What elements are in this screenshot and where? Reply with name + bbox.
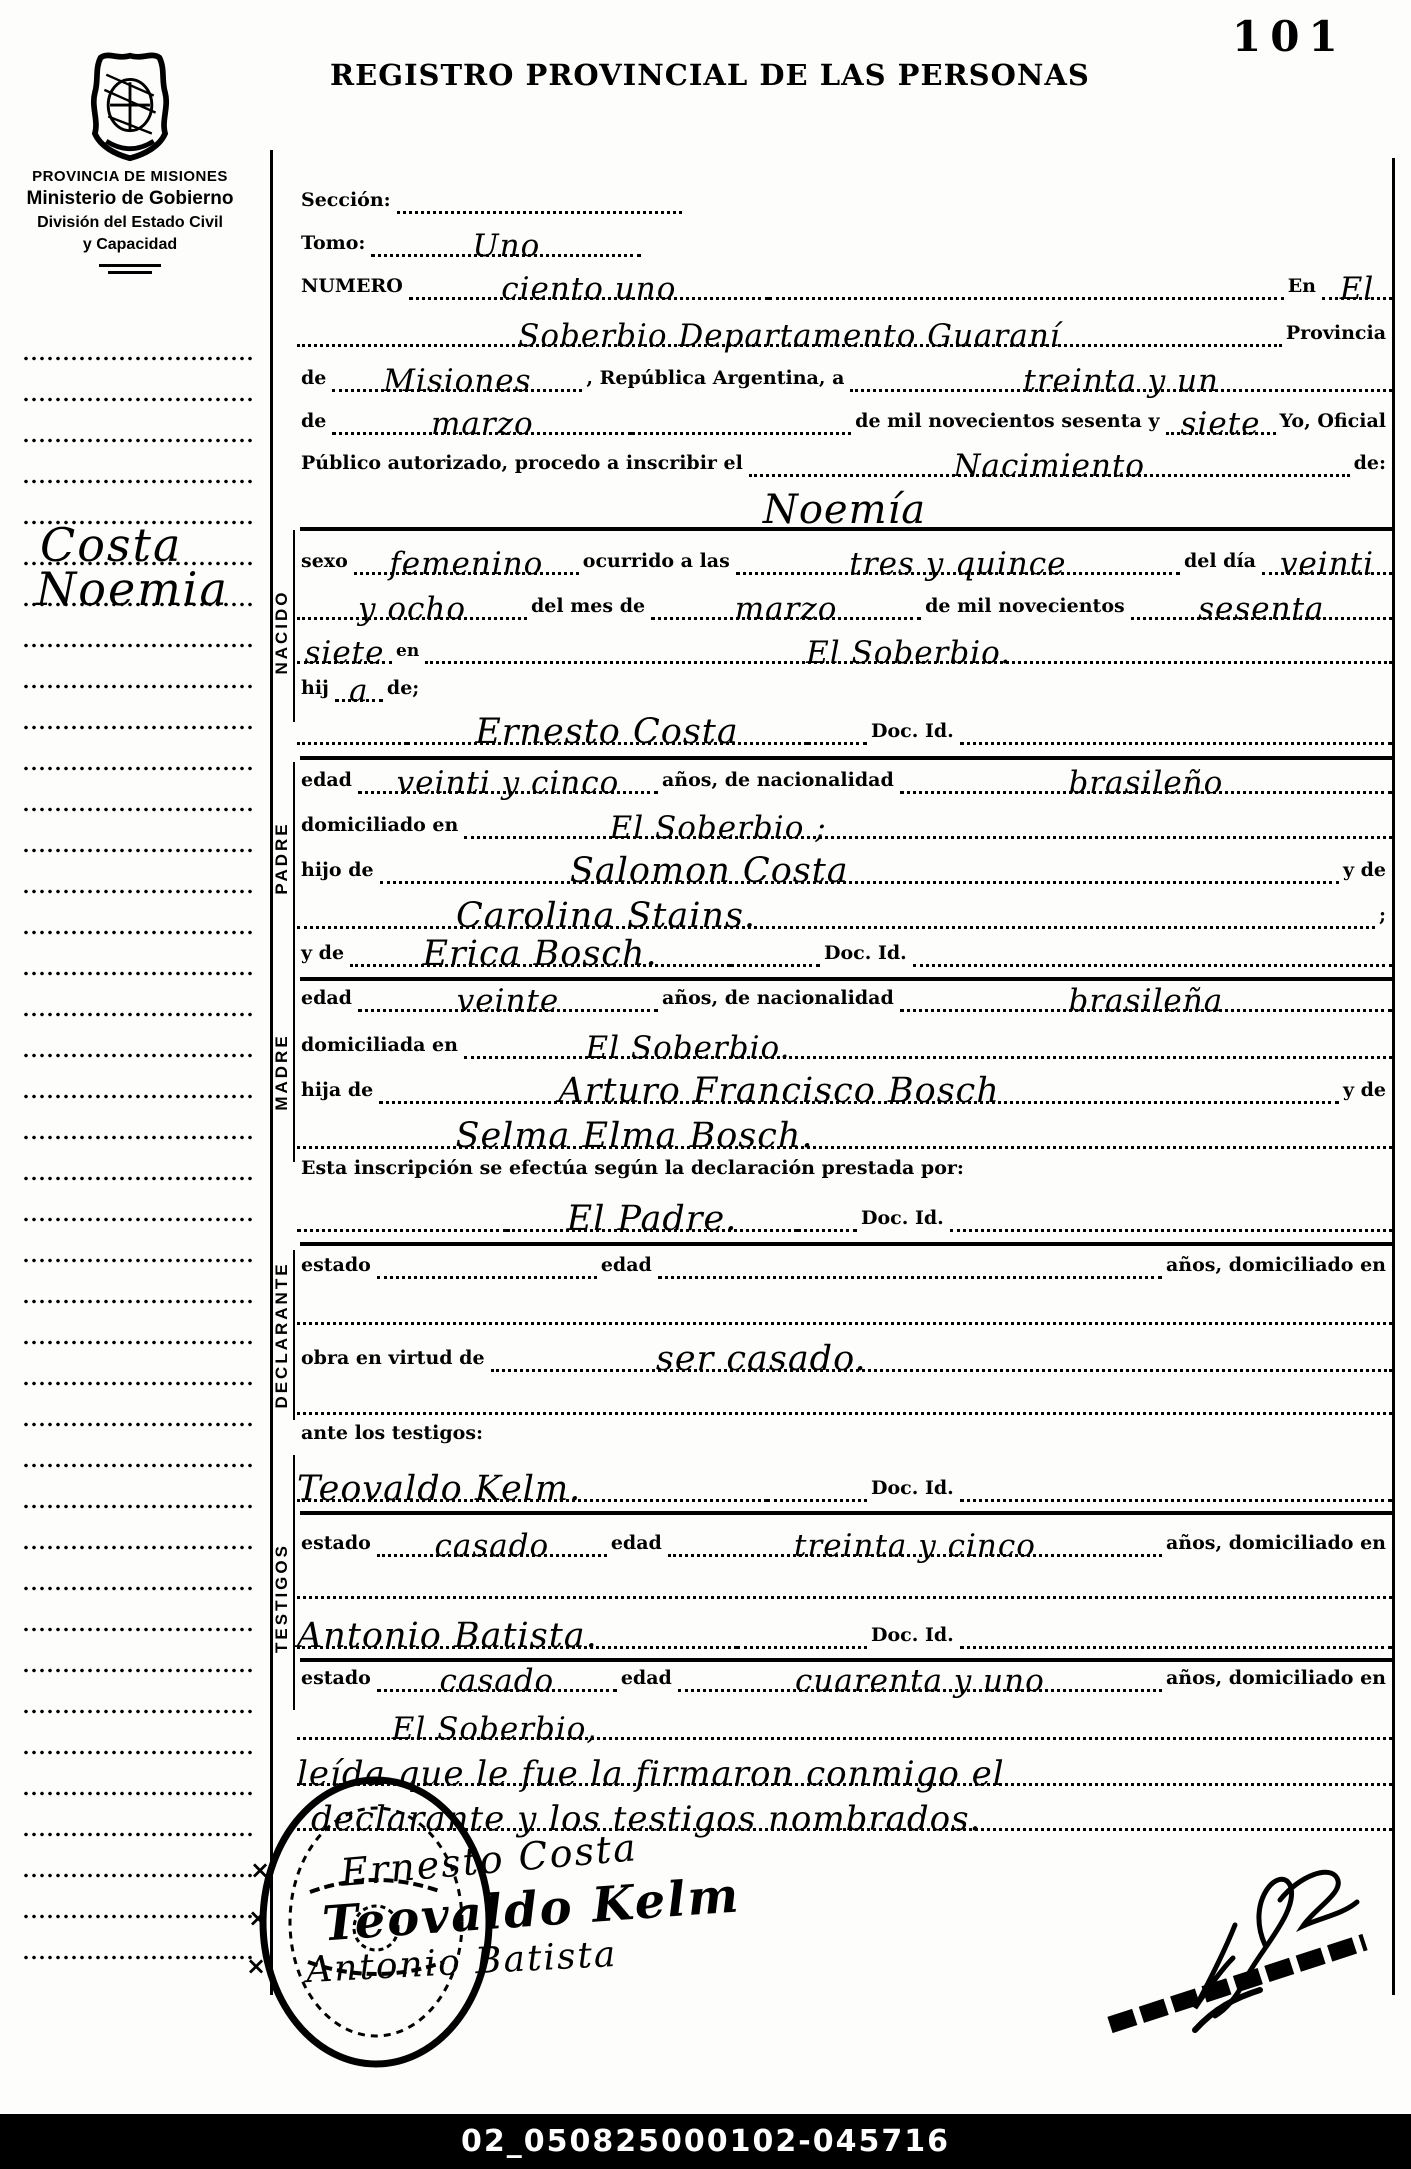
father-name-value: Ernesto Costa <box>475 715 739 750</box>
province-row: de Misiones , República Argentina, a tre… <box>297 344 1392 392</box>
witness1-name-row: Teovaldo Kelm. Doc. Id. <box>297 1454 1392 1502</box>
witness2-estado-label: estado <box>297 1667 377 1692</box>
seccion-row: Sección: <box>297 166 1392 214</box>
sexo-row: sexo femenino ocurrido a las tres y quin… <box>297 527 1392 575</box>
numero-row: NUMERO ciento uno En El <box>297 252 1392 300</box>
letterhead-division-2: y Capacidad <box>20 236 240 254</box>
witness-blank-field <box>297 1586 1392 1599</box>
mother-name-field: Erica Bosch. <box>350 937 730 967</box>
declarant-edad-field <box>658 1266 1162 1279</box>
numero-field: ciento uno <box>409 274 769 300</box>
witness-intro-row: ante los testigos: <box>297 1405 1392 1447</box>
en-field: El <box>1322 274 1392 300</box>
declarant-blank-row <box>297 1295 1392 1325</box>
declarant-intro-label: Esta inscripción se efectúa según la dec… <box>297 1157 970 1182</box>
grandfather-m-field: Arturo Francisco Bosch <box>379 1074 1339 1104</box>
witness-mark-1: × <box>250 1856 270 1884</box>
mother-age-row: edad veinte años, de nacionalidad brasil… <box>297 964 1392 1012</box>
witness2-edad-label: edad <box>617 1667 678 1692</box>
mother-edad-label: edad <box>297 987 358 1012</box>
witness-intro-label: ante los testigos: <box>297 1422 489 1447</box>
margin-given-name: Noemia <box>36 562 229 616</box>
declarant-intro-row: Esta inscripción se efectúa según la dec… <box>297 1140 1392 1182</box>
witness1-name-value: Teovaldo Kelm. <box>297 1472 581 1507</box>
page-title: REGISTRO PROVINCIAL DE LAS PERSONAS <box>330 58 990 92</box>
father-docid-field <box>960 732 1392 745</box>
declarant-status-row: estado edad años, domiciliado en <box>297 1231 1392 1279</box>
witness1-edad-value: treinta y cinco <box>794 1531 1036 1562</box>
hija-row: hij a de; <box>297 654 1392 702</box>
witness2-dom-label: años, domiciliado en <box>1162 1667 1392 1692</box>
obra-label: obra en virtud de <box>297 1347 491 1372</box>
witness1-edad-label: edad <box>607 1532 668 1557</box>
mother-name-row: y de Erica Bosch. Doc. Id. <box>297 919 1392 967</box>
declarant-name-row: El Padre. Doc. Id. <box>297 1184 1392 1232</box>
witness1-docid-field <box>960 1489 1392 1502</box>
father-name-row: Ernesto Costa Doc. Id. <box>297 697 1392 745</box>
numero-label: NUMERO <box>297 275 409 300</box>
witness-blank-row <box>297 1569 1392 1599</box>
witness2-status-row: estado casado edad cuarenta y uno años, … <box>297 1644 1392 1692</box>
official-signature <box>1075 1830 1395 2045</box>
father-name-field: Ernesto Costa <box>407 715 807 745</box>
father-dom-row: domiciliado en El Soberbio ; <box>297 791 1392 839</box>
obra-value: ser casado. <box>656 1342 867 1377</box>
mother-edad-field: veinte <box>358 986 658 1012</box>
declarant-estado-label: estado <box>297 1254 377 1279</box>
declarante-inner-line <box>293 1250 295 1420</box>
witness-mark-3: × <box>246 1952 266 1980</box>
form-right-border <box>1392 158 1395 1995</box>
birthday2-row: y ocho del mes de marzo de mil novecient… <box>297 572 1392 620</box>
letterhead-division-1: División del Estado Civil <box>20 214 240 232</box>
father-father-row: hijo de Salomon Costa y de <box>297 836 1392 884</box>
father-lead-dots <box>297 732 407 745</box>
witness2-name-row: Antonio Batista. Doc. Id. <box>297 1601 1392 1649</box>
testigos-inner-line <box>293 1455 295 1710</box>
page-number: 101 <box>1232 12 1347 61</box>
declarant-field: El Padre. <box>507 1202 797 1232</box>
mother-dom-row: domiciliada en El Soberbio. <box>297 1011 1392 1059</box>
letterhead: PROVINCIA DE MISIONES Ministerio de Gobi… <box>20 50 240 274</box>
grandfather-p-field: Salomon Costa <box>380 854 1339 884</box>
witness2-edad-field: cuarenta y uno <box>678 1666 1162 1692</box>
witness1-estado-label: estado <box>297 1532 377 1557</box>
month-row: de marzo de mil novecientos sesenta y si… <box>297 387 1392 435</box>
nacido-inner-line <box>293 530 295 722</box>
witness1-name-field: Teovaldo Kelm. <box>297 1472 767 1502</box>
footer-code: 02_050825000102-045716 <box>461 2124 950 2159</box>
witness2-estado-field: casado <box>377 1666 617 1692</box>
provincial-seal-icon <box>87 50 173 162</box>
declarant-dom-label: años, domiciliado en <box>1162 1254 1392 1279</box>
child-name-field: Noemía <box>297 490 1392 522</box>
witness-mark-2: × <box>248 1904 268 1932</box>
mother-father-row: hija de Arturo Francisco Bosch y de <box>297 1056 1392 1104</box>
place-row: Soberbio Departamento Guaraní Provincia <box>297 299 1392 347</box>
father-docid-label: Doc. Id. <box>867 720 960 745</box>
declarant-docid-label: Doc. Id. <box>857 1207 950 1232</box>
en-label: En <box>1284 275 1322 300</box>
witness1-status-row: estado casado edad treinta y cinco años,… <box>297 1509 1392 1557</box>
letterhead-province: PROVINCIA DE MISIONES <box>20 168 240 185</box>
father-age-row: edad veinti y cinco años, de nacionalida… <box>297 746 1392 794</box>
child-name-value: Noemía <box>763 490 926 530</box>
declarant-edad-label: edad <box>597 1254 658 1279</box>
witness1-dom-label: años, domiciliado en <box>1162 1532 1392 1557</box>
tomo-row: Tomo: Uno <box>297 209 1392 257</box>
father-gap-dots <box>807 732 867 745</box>
obra-row: obra en virtud de ser casado. <box>297 1324 1392 1372</box>
witness1-estado-field: casado <box>377 1531 607 1557</box>
birth-certificate-page: 101 REGISTRO PROVINCIAL DE LAS PERSONAS … <box>0 0 1411 2169</box>
letterhead-ministry: Ministerio de Gobierno <box>20 188 240 210</box>
padres-inner-line <box>293 762 295 1162</box>
obra-field: ser casado. <box>491 1342 1392 1372</box>
child-name-row: Noemía <box>297 468 1392 522</box>
letterhead-rule-2 <box>108 271 152 274</box>
mother-nac-field: brasileña <box>900 986 1392 1012</box>
witness1-estado-value: casado <box>434 1531 549 1562</box>
footer-bar: 02_050825000102-045716 <box>0 2114 1411 2169</box>
witness1-docid-label: Doc. Id. <box>867 1477 960 1502</box>
declarant-estado-field <box>377 1266 597 1279</box>
mother-nac-label: años, de nacionalidad <box>658 987 900 1012</box>
witness1-gap-dots <box>767 1489 867 1502</box>
witness-dom-field: El Soberbio, <box>297 1714 1392 1740</box>
witness1-edad-field: treinta y cinco <box>668 1531 1162 1557</box>
witness-dom-row: El Soberbio, <box>297 1692 1392 1740</box>
letterhead-rule <box>99 264 161 267</box>
